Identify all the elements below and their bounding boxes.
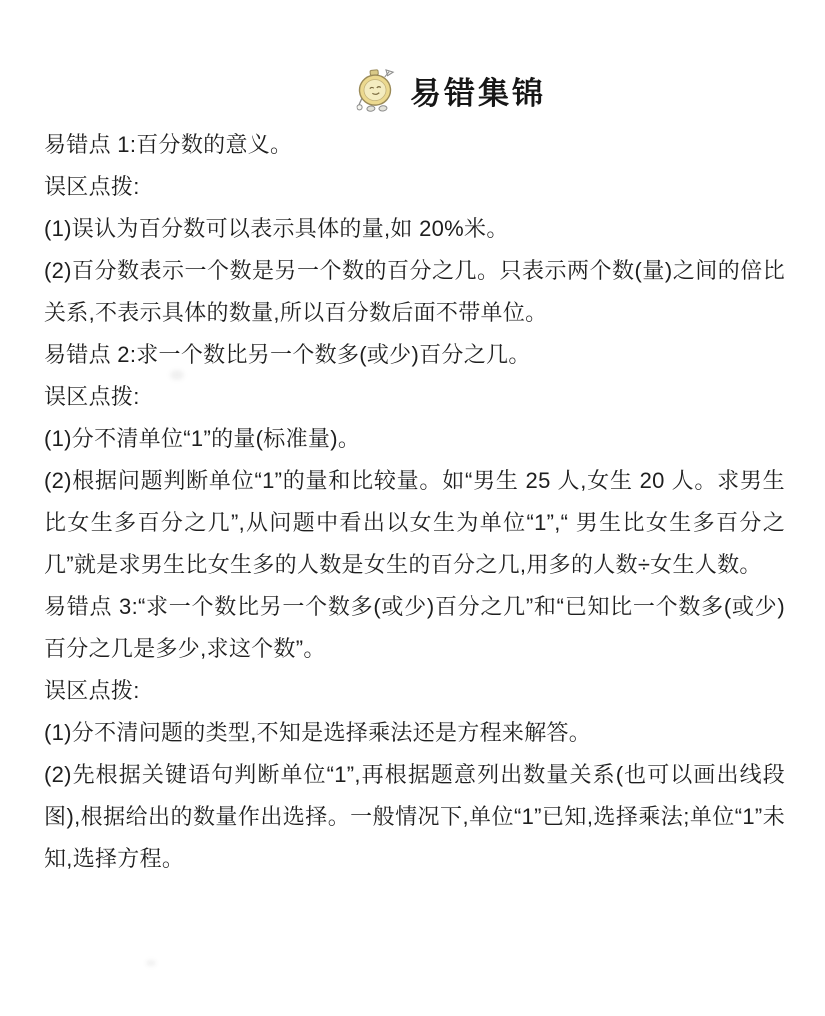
document-page: 易错集锦 易错点 1:百分数的意义。误区点拨:(1)误认为百分数可以表示具体的量… [44,64,785,880]
scan-artifact [146,960,156,966]
point-1-tips-label: 误区点拨: [44,166,785,208]
mascot-icon [353,63,400,117]
point-3-tips-label: 误区点拨: [44,670,785,712]
point-1-heading: 易错点 1:百分数的意义。 [44,124,785,166]
point-2-item-2: (2)根据问题判断单位“1”的量和比较量。如“男生 25 人,女生 20 人。求… [44,460,785,586]
point-2-item-1: (1)分不清单位“1”的量(标准量)。 [44,418,785,460]
point-3-heading: 易错点 3:“求一个数比另一个数多(或少)百分之几”和“已知比一个数多(或少)百… [44,586,785,670]
document-body: 易错点 1:百分数的意义。误区点拨:(1)误认为百分数可以表示具体的量,如 20… [44,124,785,880]
point-3-item-1: (1)分不清问题的类型,不知是选择乘法还是方程来解答。 [44,712,785,754]
point-2-heading: 易错点 2:求一个数比另一个数多(或少)百分之几。 [44,334,785,376]
point-1-item-1: (1)误认为百分数可以表示具体的量,如 20%米。 [44,208,785,250]
point-3-item-2: (2)先根据关键语句判断单位“1”,再根据题意列出数量关系(也可以画出线段图),… [44,754,785,880]
title-row: 易错集锦 [80,64,821,116]
point-1-item-2: (2)百分数表示一个数是另一个数的百分之几。只表示两个数(量)之间的倍比关系,不… [44,250,785,334]
point-2-tips-label: 误区点拨: [44,376,785,418]
page-title: 易错集锦 [410,68,546,113]
